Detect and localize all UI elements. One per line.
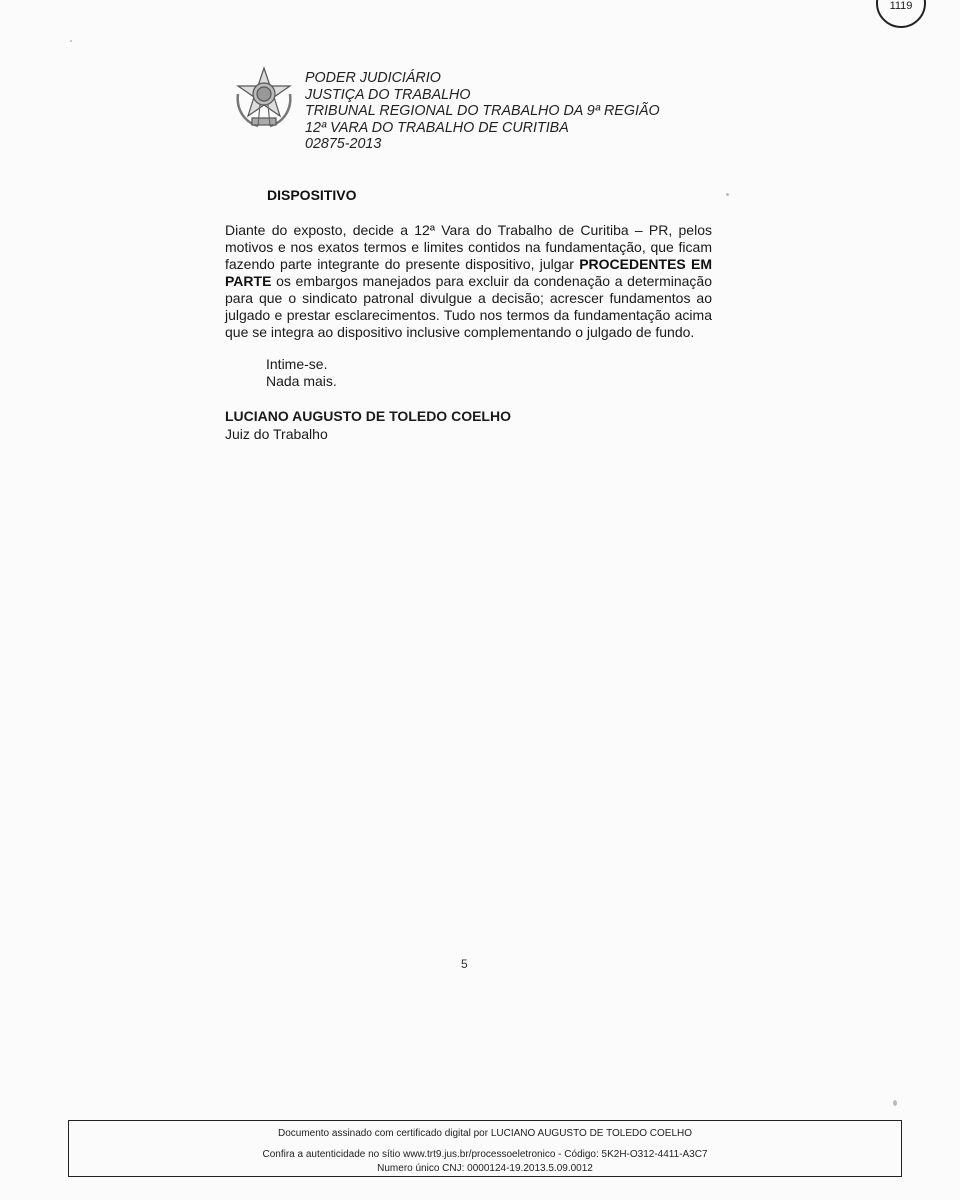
signature-block: LUCIANO AUGUSTO DE TOLEDO COELHO Juiz do… [225, 407, 511, 443]
header-line-labor-court: 12ª VARA DO TRABALHO DE CURITIBA [305, 120, 660, 137]
scan-speck [726, 193, 729, 196]
closing-nothing-more: Nada mais. [266, 373, 337, 390]
header-line-case-number: 02875-2013 [305, 136, 660, 153]
ruling-text-after: os embargos manejados para excluir da co… [225, 273, 712, 340]
judge-name: LUCIANO AUGUSTO DE TOLEDO COELHO [225, 407, 511, 425]
digital-signature-footer: Documento assinado com certificado digit… [68, 1120, 902, 1177]
brazil-coat-of-arms-icon [232, 64, 296, 134]
header-line-regional-court: TRIBUNAL REGIONAL DO TRABALHO DA 9ª REGI… [305, 103, 660, 120]
page-number: 5 [461, 957, 468, 971]
ruling-paragraph: Diante do exposto, decide a 12ª Vara do … [225, 222, 712, 341]
court-header: PODER JUDICIÁRIO JUSTIÇA DO TRABALHO TRI… [305, 70, 660, 153]
footer-cnj-number: Numero único CNJ: 0000124-19.2013.5.09.0… [69, 1163, 901, 1174]
closing-block: Intime-se. Nada mais. [266, 356, 337, 390]
folio-number: 1119 [890, 0, 913, 12]
folio-stamp: 1119 [876, 0, 926, 28]
scan-speck [893, 1100, 897, 1106]
header-line-labor-justice: JUSTIÇA DO TRABALHO [305, 87, 660, 104]
closing-notify: Intime-se. [266, 356, 337, 373]
section-title: DISPOSITIVO [267, 187, 356, 203]
header-line-judiciary: PODER JUDICIÁRIO [305, 70, 660, 87]
judge-title: Juiz do Trabalho [225, 425, 511, 443]
scan-speck [70, 40, 72, 42]
footer-signed-by: Documento assinado com certificado digit… [69, 1128, 901, 1139]
footer-authenticity: Confira a autenticidade no sítio www.trt… [69, 1149, 901, 1160]
